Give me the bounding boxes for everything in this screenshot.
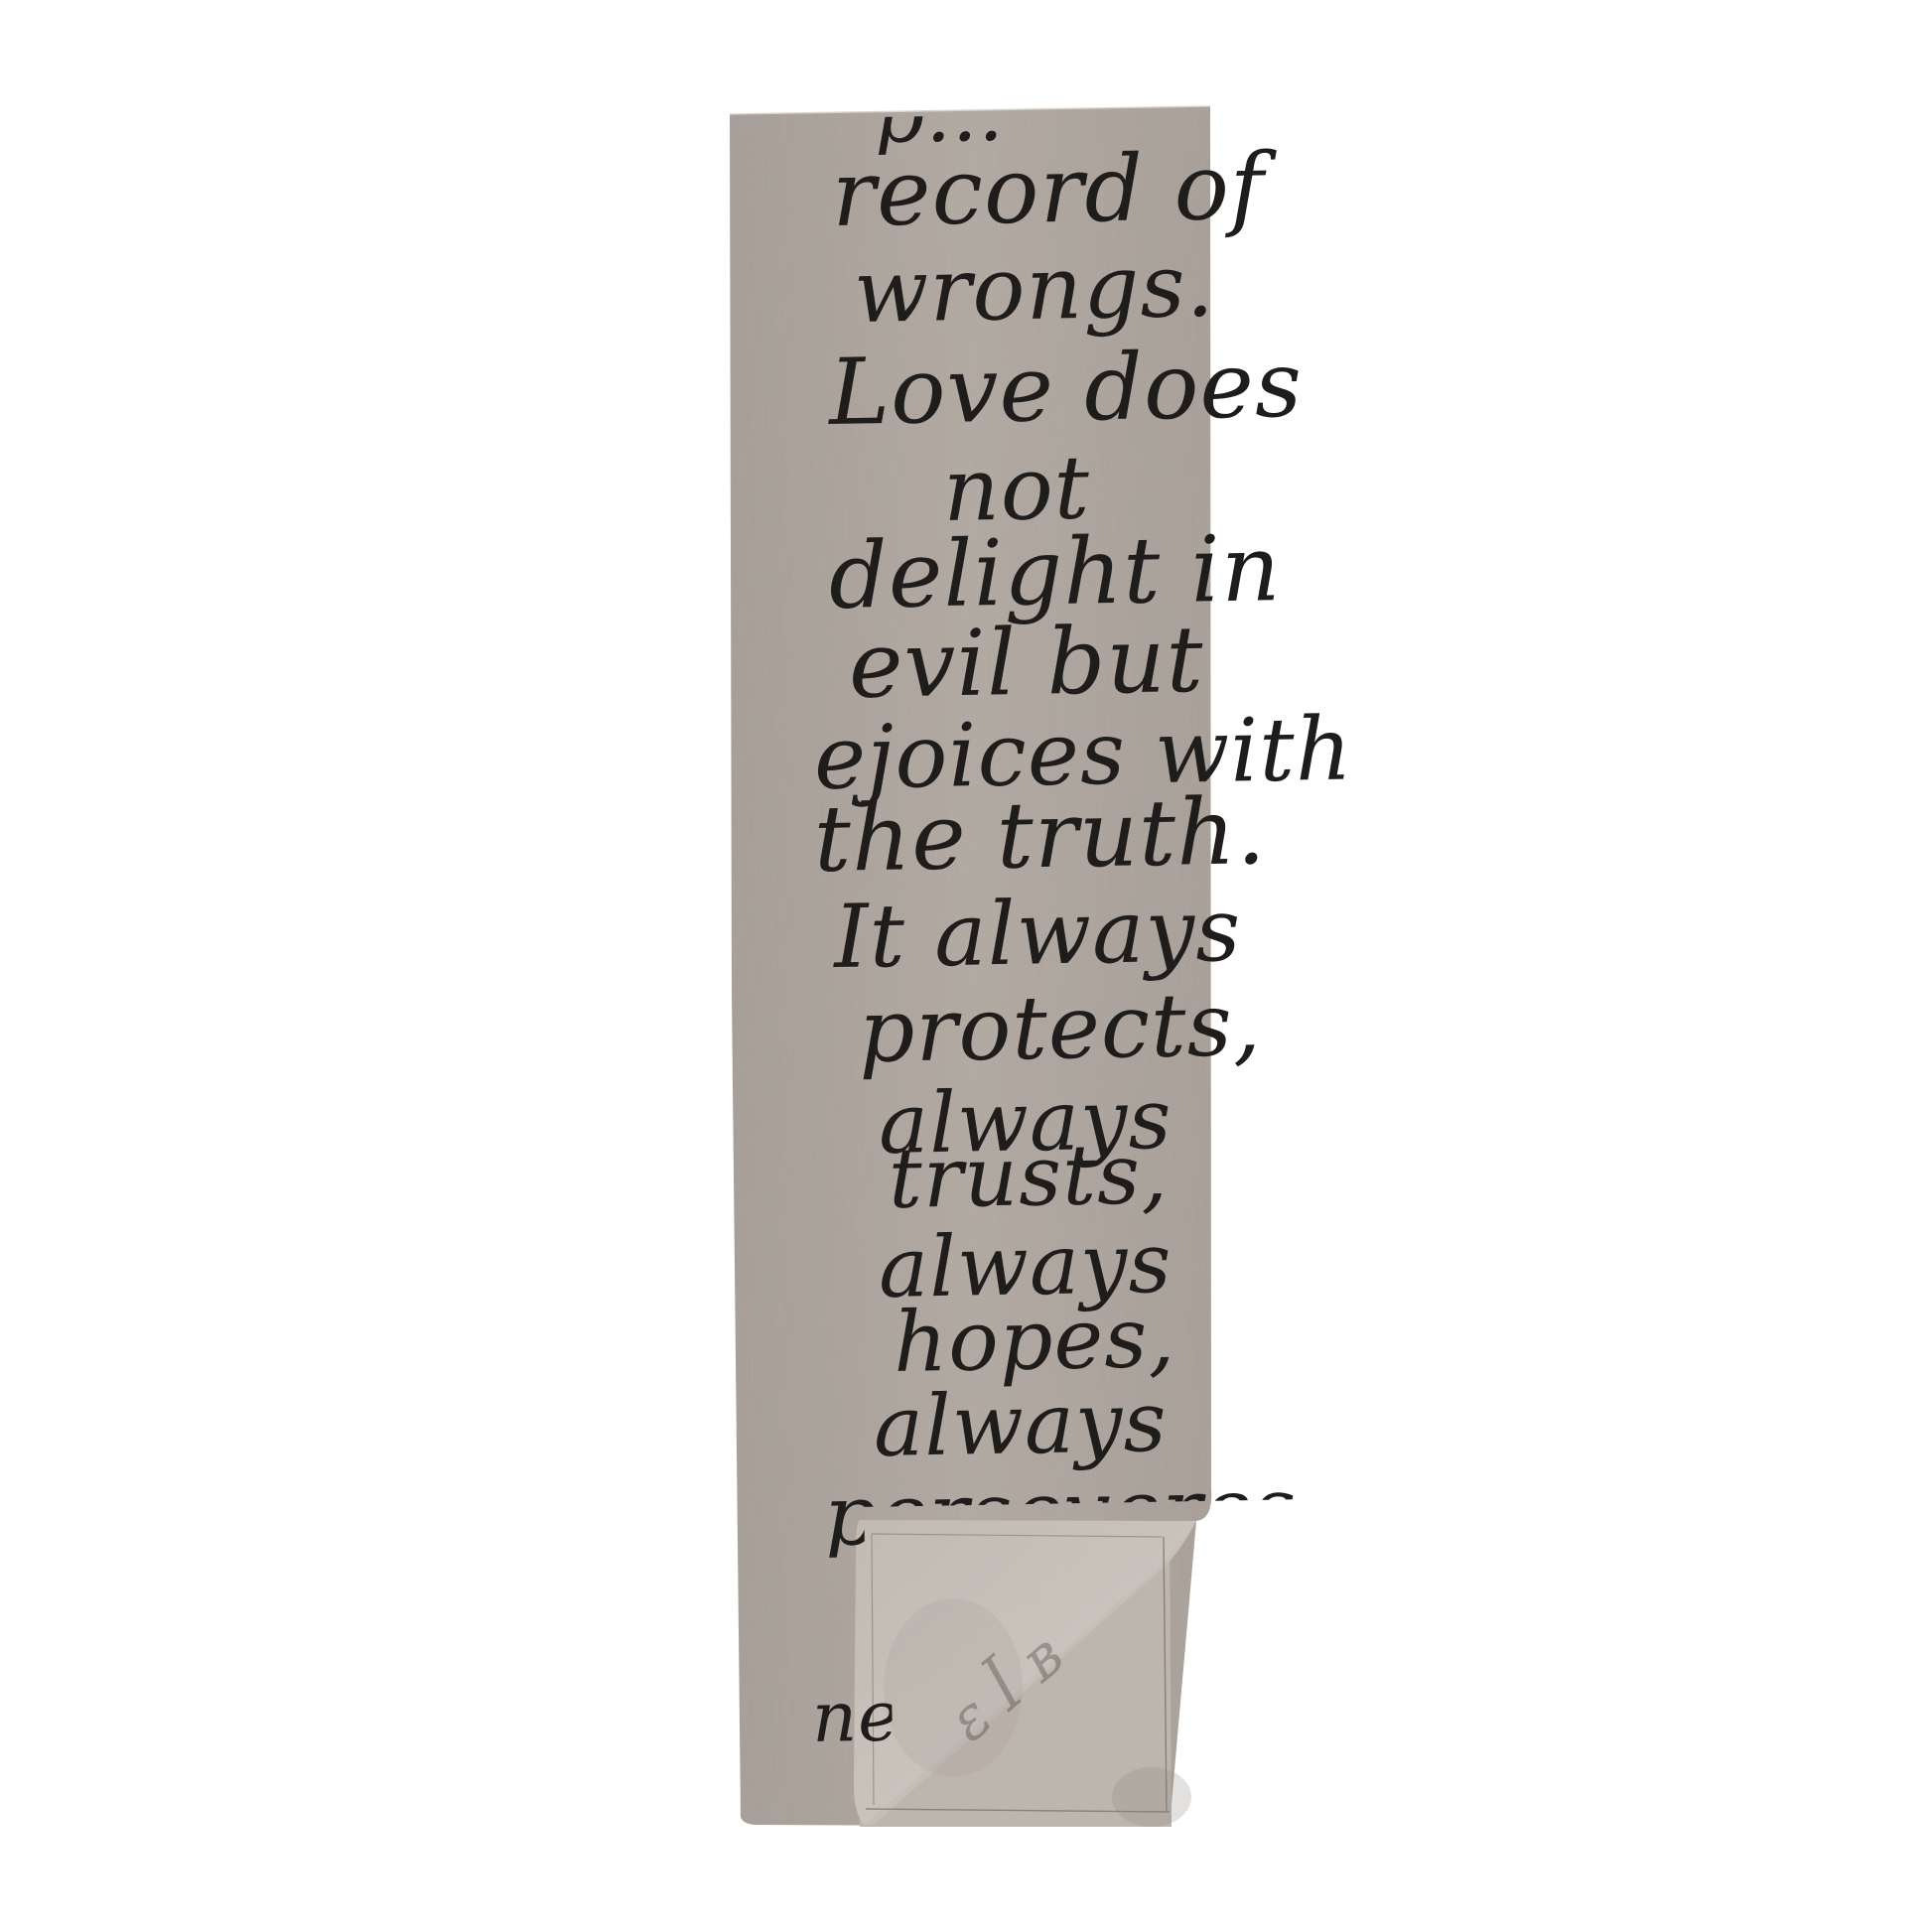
runner-text-line: Love does — [828, 340, 1304, 439]
product-photo: p... record of wrongs. Love does not del… — [0, 0, 1932, 1932]
runner-text-line: evil but — [848, 615, 1204, 712]
runner-text-line: trusts, — [888, 1132, 1169, 1220]
runner-text-line: record of — [831, 141, 1265, 240]
runner-text-line: protects, — [858, 981, 1262, 1075]
runner-text-line: always — [873, 1380, 1168, 1468]
runner-text-line: It always — [833, 887, 1242, 981]
table-runner: p... record of wrongs. Love does not del… — [0, 0, 1932, 1932]
runner-text-line: the truth. — [813, 786, 1267, 886]
runner-text-line: delight in — [828, 523, 1282, 622]
runner-text-line: hopes, — [893, 1296, 1175, 1384]
runner-text-line: ne — [811, 1681, 900, 1752]
runner-text-line: wrongs. — [853, 242, 1215, 336]
